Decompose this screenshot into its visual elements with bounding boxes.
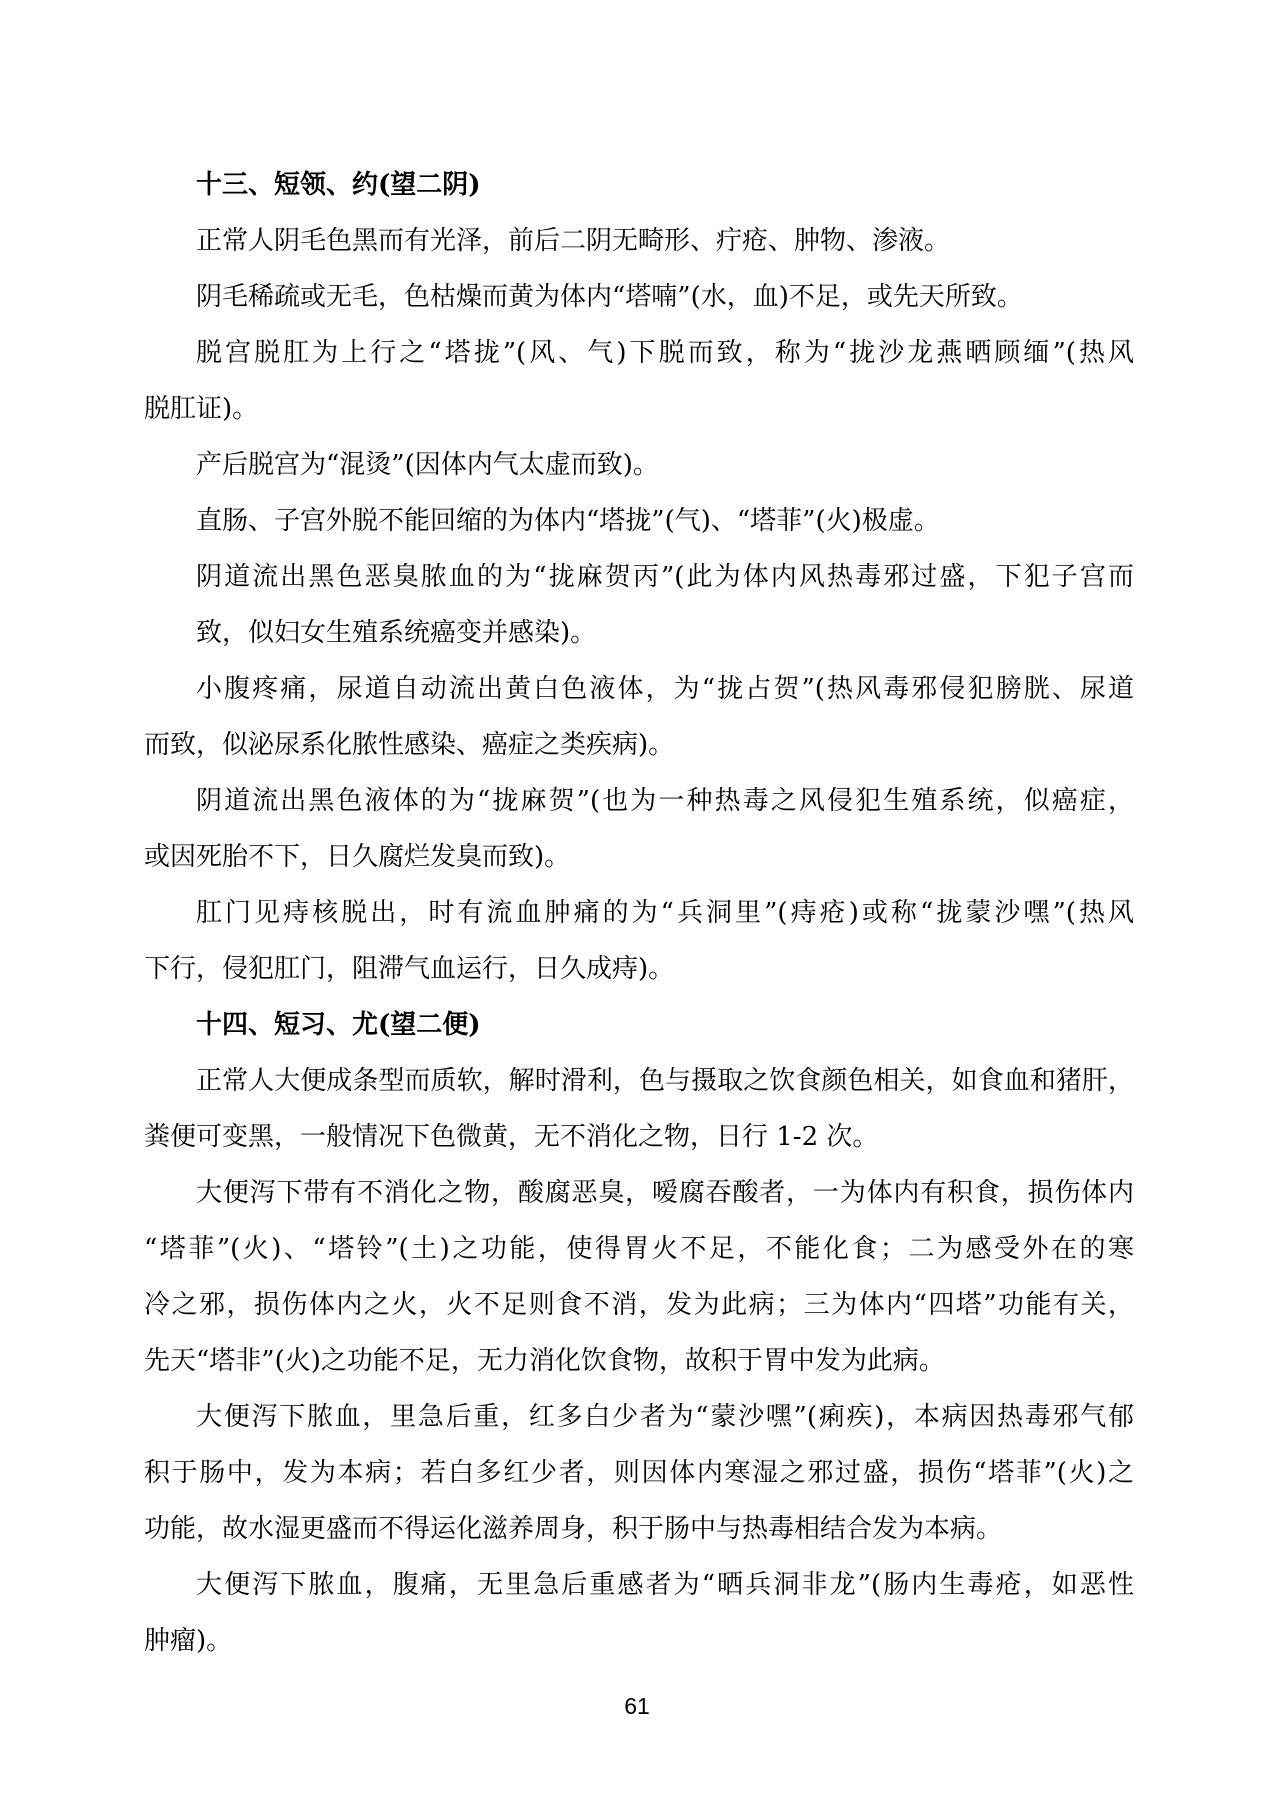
text-line: 大便泻下脓血，腹痛，无里急后重感者为“晒兵洞非龙”(肠内生毒疮，如恶性 xyxy=(144,1557,1134,1613)
text-line: 脱宫脱肛为上行之“塔拢”(风、气)下脱而致，称为“拢沙龙燕晒顾缅”(热风 xyxy=(144,325,1134,381)
text-line: 产后脱宫为“混烫”(因体内气太虚而致)。 xyxy=(144,437,1134,493)
text-line: 冷之邪，损伤体内之火，火不足则食不消，发为此病；三为体内“四塔”功能有关， xyxy=(144,1277,1134,1333)
page-number: 61 xyxy=(0,1686,1274,1726)
section-heading: 十四、短习、尤(望二便) xyxy=(144,997,1134,1053)
text-line: 粪便可变黑，一般情况下色微黄，无不消化之物，日行 1-2 次。 xyxy=(144,1109,1134,1165)
text-line: 肿瘤)。 xyxy=(144,1613,1134,1669)
text-line: 致，似妇女生殖系统癌变并感染)。 xyxy=(144,605,1134,661)
text-line: 脱肛证)。 xyxy=(144,381,1134,437)
text-line: 小腹疼痛，尿道自动流出黄白色液体，为“拢占贺”(热风毒邪侵犯膀胱、尿道 xyxy=(144,661,1134,717)
text-line: 功能，故水湿更盛而不得运化滋养周身，积于肠中与热毒相结合发为本病。 xyxy=(144,1501,1134,1557)
text-line: 或因死胎不下，日久腐烂发臭而致)。 xyxy=(144,829,1134,885)
text-line: 先天“塔非”(火)之功能不足，无力消化饮食物，故积于胃中发为此病。 xyxy=(144,1333,1134,1389)
text-line: 大便泻下带有不消化之物，酸腐恶臭，嗳腐吞酸者，一为体内有积食，损伤体内 xyxy=(144,1165,1134,1221)
text-line: 阴道流出黑色液体的为“拢麻贺”(也为一种热毒之风侵犯生殖系统，似癌症， xyxy=(144,773,1134,829)
text-line: 而致，似泌尿系化脓性感染、癌症之类疾病)。 xyxy=(144,717,1134,773)
text-line: 积于肠中，发为本病；若白多红少者，则因体内寒湿之邪过盛，损伤“塔菲”(火)之 xyxy=(144,1445,1134,1501)
text-line: 肛门见痔核脱出，时有流血肿痛的为“兵洞里”(痔疮)或称“拢蒙沙嘿”(热风 xyxy=(144,885,1134,941)
text-line: 阴道流出黑色恶臭脓血的为“拢麻贺丙”(此为体内风热毒邪过盛，下犯子宫而 xyxy=(144,549,1134,605)
section-heading: 十三、短领、约(望二阴) xyxy=(144,157,1134,213)
text-line: 正常人阴毛色黑而有光泽，前后二阴无畸形、疔疮、肿物、渗液。 xyxy=(144,213,1134,269)
text-line: 正常人大便成条型而质软，解时滑利，色与摄取之饮食颜色相关，如食血和猪肝， xyxy=(144,1053,1134,1109)
text-line: 下行，侵犯肛门，阻滞气血运行，日久成痔)。 xyxy=(144,941,1134,997)
text-line: 直肠、子宫外脱不能回缩的为体内“塔拢”(气)、“塔菲”(火)极虚。 xyxy=(144,493,1134,549)
document-page: 十三、短领、约(望二阴)正常人阴毛色黑而有光泽，前后二阴无畸形、疔疮、肿物、渗液… xyxy=(0,0,1274,1801)
text-line: 大便泻下脓血，里急后重，红多白少者为“蒙沙嘿”(痢疾)，本病因热毒邪气郁 xyxy=(144,1389,1134,1445)
document-body: 十三、短领、约(望二阴)正常人阴毛色黑而有光泽，前后二阴无畸形、疔疮、肿物、渗液… xyxy=(144,157,1134,1669)
text-line: 阴毛稀疏或无毛，色枯燥而黄为体内“塔喃”(水，血)不足，或先天所致。 xyxy=(144,269,1134,325)
text-line: “塔菲”(火)、“塔铃”(土)之功能，使得胃火不足，不能化食；二为感受外在的寒 xyxy=(144,1221,1134,1277)
